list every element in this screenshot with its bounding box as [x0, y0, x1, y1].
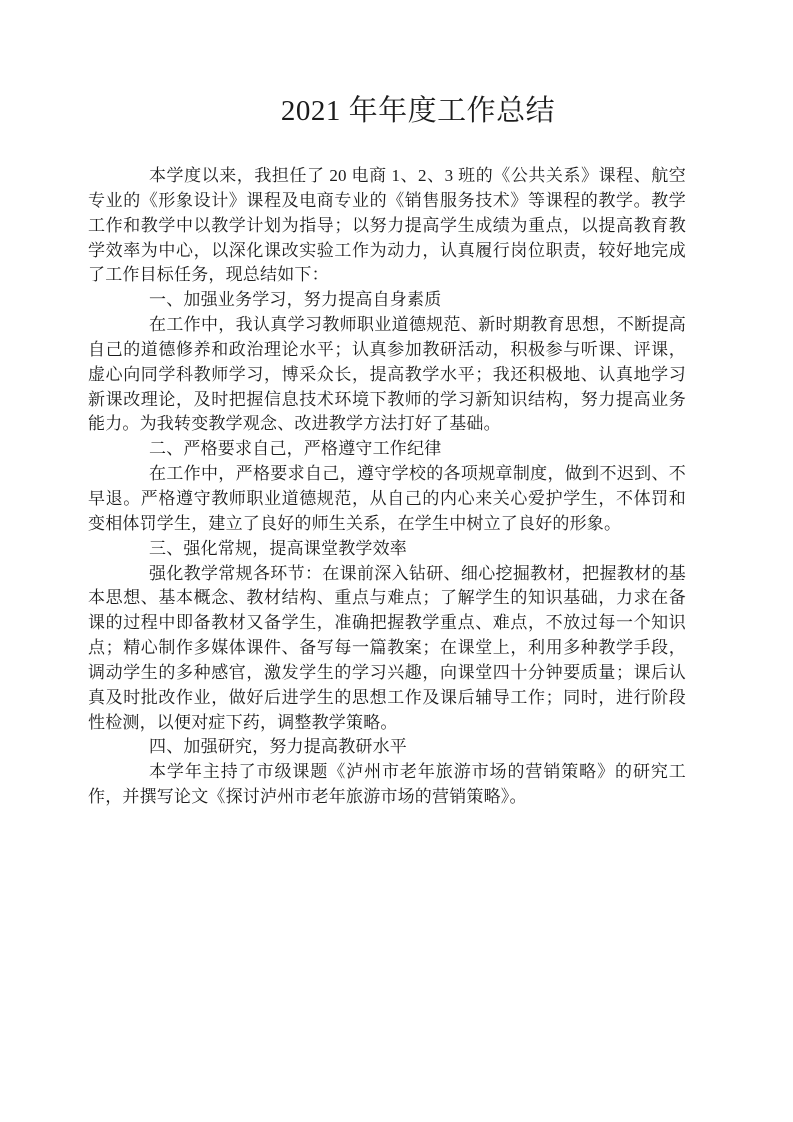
section-heading: 三、强化常规，提高课堂教学效率	[88, 537, 686, 562]
body-paragraph: 强化教学常规各环节：在课前深入钻研、细心挖掘教材，把握教材的基本思想、基本概念、…	[88, 562, 686, 736]
body-paragraph: 在工作中，我认真学习教师职业道德规范、新时期教育思想，不断提高自己的道德修养和政…	[88, 313, 686, 437]
section-heading: 一、加强业务学习，努力提高自身素质	[88, 288, 686, 313]
document-page: 2021 年年度工作总结 本学度以来，我担任了 20 电商 1、2、3 班的《公…	[0, 0, 793, 1122]
document-body: 本学度以来，我担任了 20 电商 1、2、3 班的《公共关系》课程、航空专业的《…	[88, 164, 686, 810]
document-title: 2021 年年度工作总结	[88, 89, 686, 133]
body-paragraph: 本学度以来，我担任了 20 电商 1、2、3 班的《公共关系》课程、航空专业的《…	[88, 164, 686, 288]
body-paragraph: 在工作中，严格要求自己，遵守学校的各项规章制度，做到不迟到、不早退。严格遵守教师…	[88, 462, 686, 537]
body-paragraph: 本学年主持了市级课题《泸州市老年旅游市场的营销策略》的研究工作，并撰写论文《探讨…	[88, 760, 686, 810]
section-heading: 二、严格要求自己，严格遵守工作纪律	[88, 437, 686, 462]
section-heading: 四、加强研究，努力提高教研水平	[88, 735, 686, 760]
